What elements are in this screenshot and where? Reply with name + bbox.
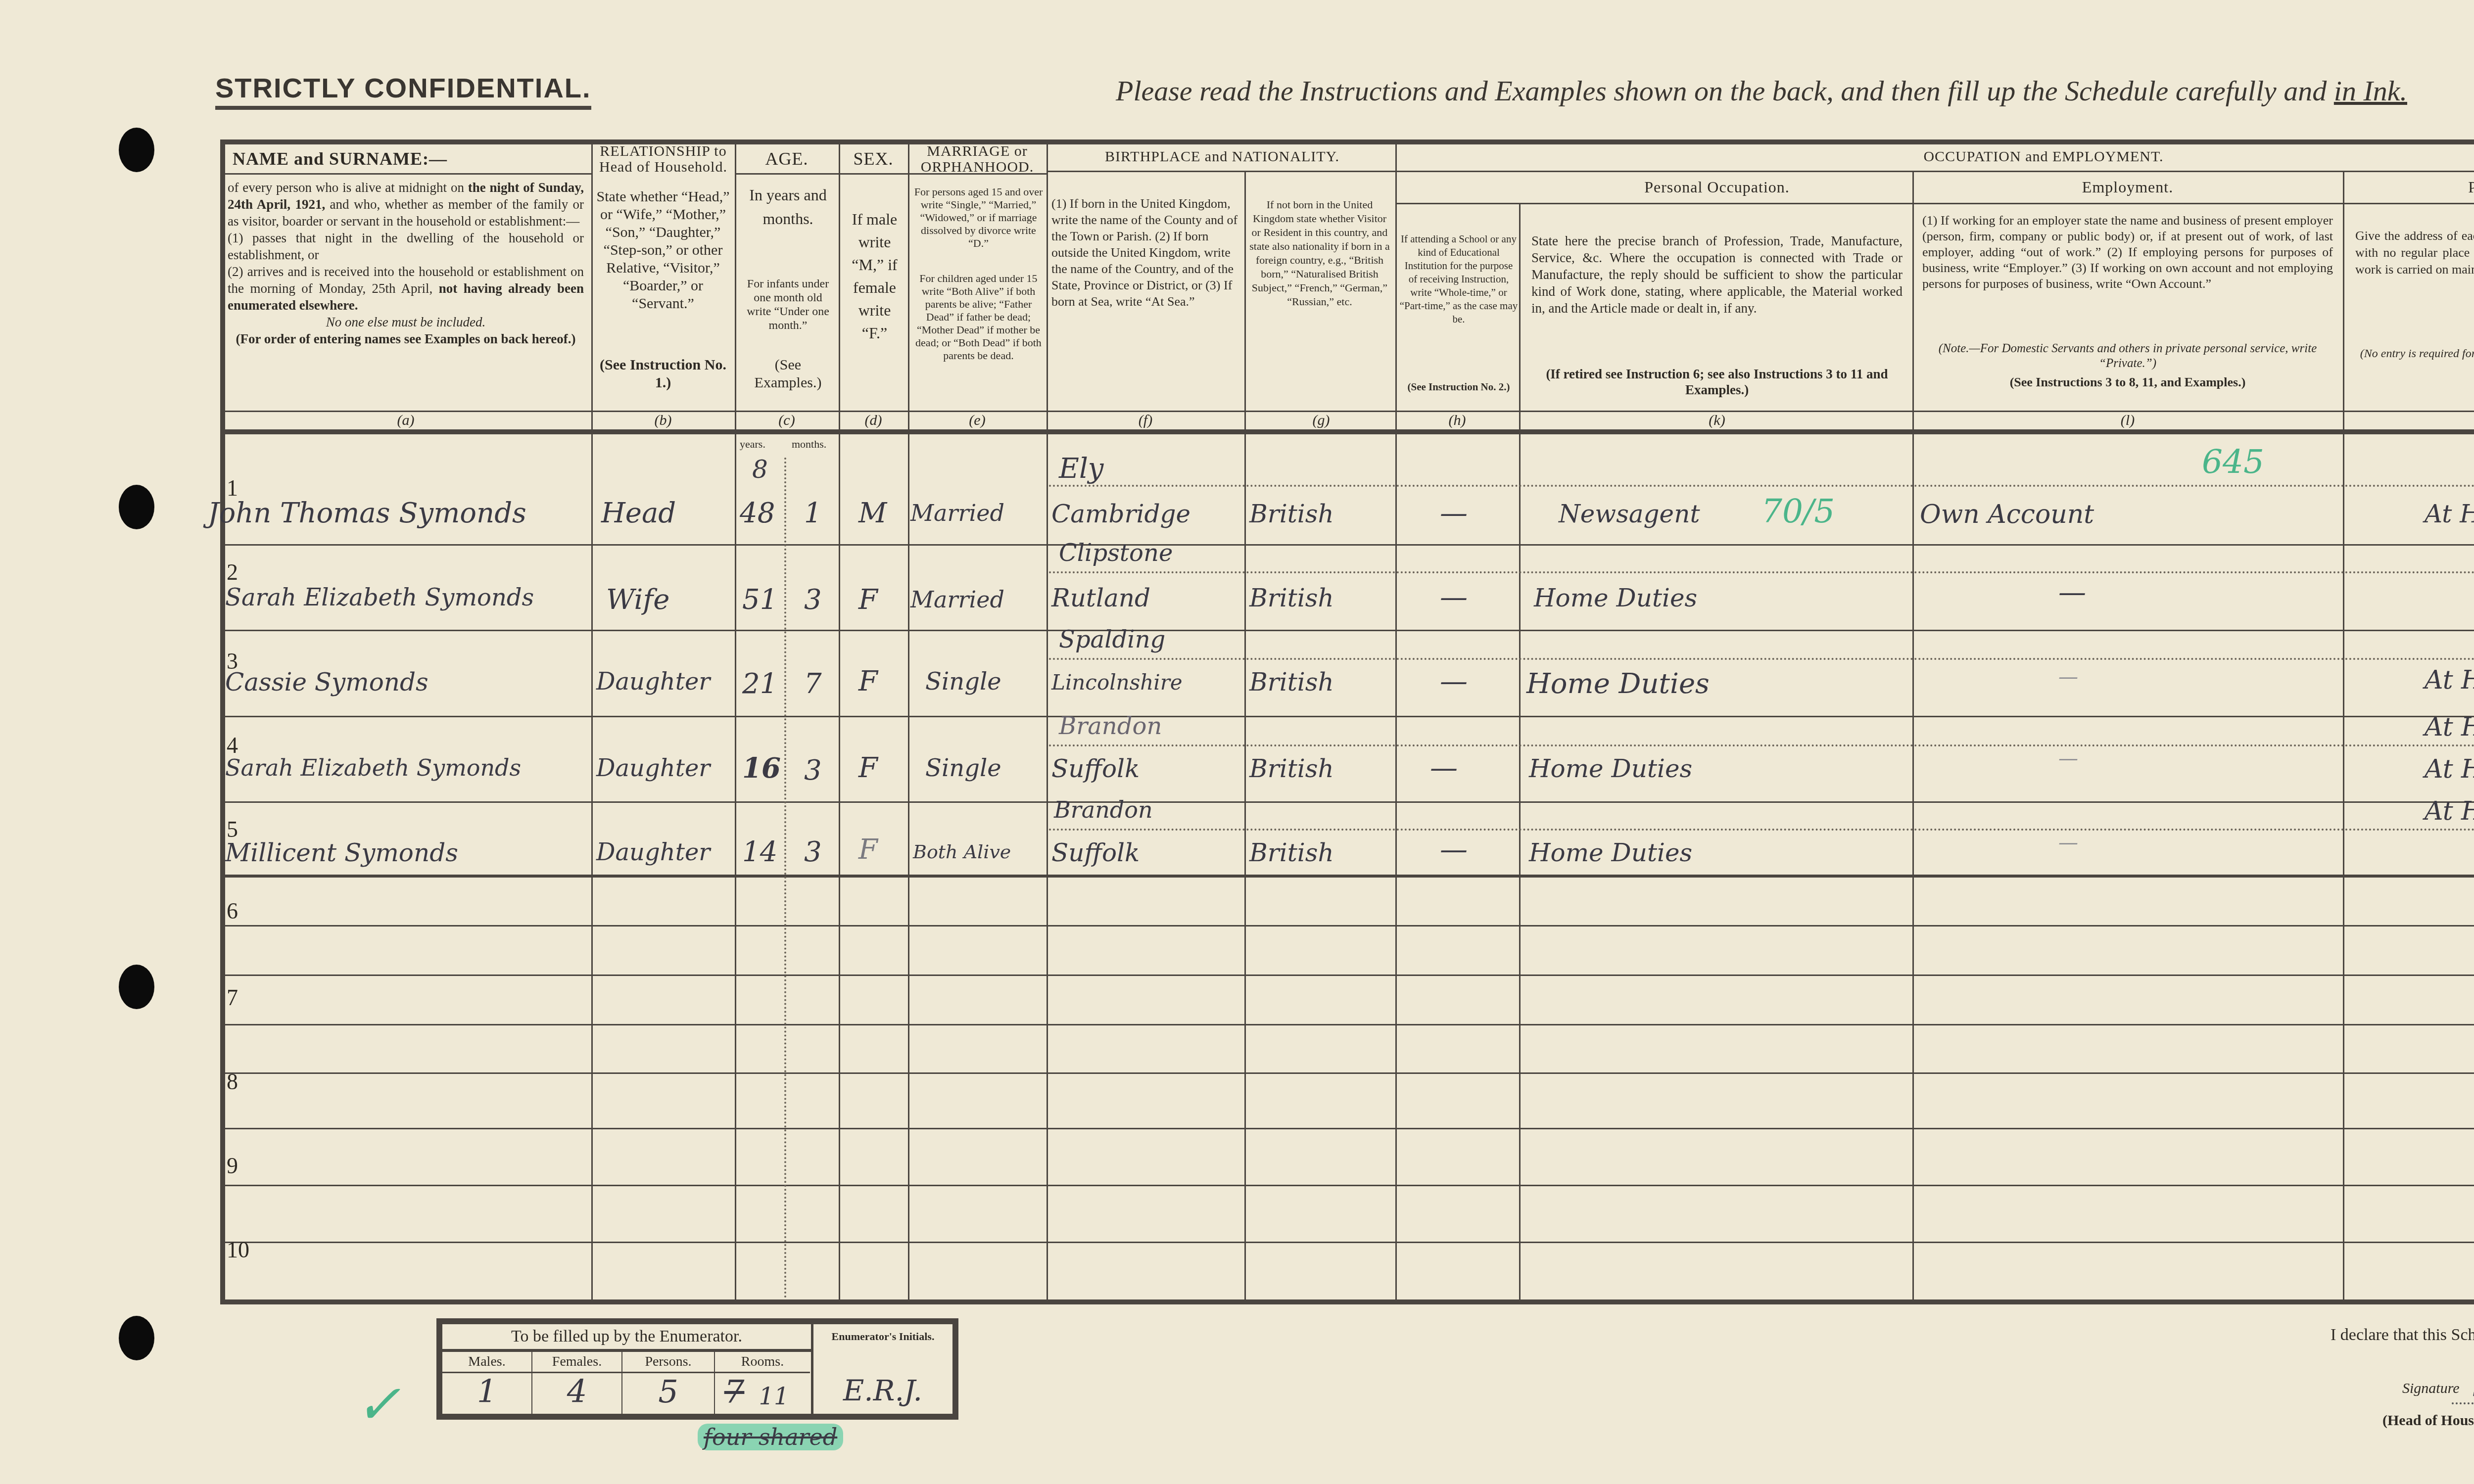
col-letter-c: (c)	[772, 412, 802, 429]
place-of-work-field[interactable]: At Home	[2425, 500, 2474, 528]
birth-town-field[interactable]: Spalding	[1059, 626, 1165, 653]
dotted-guide	[1049, 571, 2474, 573]
occupation-field[interactable]: Newsagent	[1559, 500, 1700, 528]
nationality-field[interactable]: British	[1249, 500, 1334, 528]
col-d-instructions: If male write “M,” if female write “F.”	[844, 208, 905, 344]
row-divider	[225, 544, 2474, 546]
col-letter-a: (a)	[391, 412, 421, 429]
page-title: STRICTLY CONFIDENTIAL.	[215, 72, 591, 110]
top-instruction-emphasis: in Ink.	[2334, 75, 2407, 107]
col-a-text: (1) passes that night in the dwelling of…	[228, 231, 584, 262]
age-years-field[interactable]: 51	[742, 584, 777, 616]
col-m-instructions: Give the address of each person’s place …	[2355, 228, 2474, 278]
name-field[interactable]: Sarah Elizabeth Symonds	[225, 584, 534, 611]
relationship-field[interactable]: Wife	[606, 584, 669, 616]
divider	[1395, 171, 2474, 172]
col-divider	[2343, 171, 2344, 1303]
row-divider	[225, 974, 2474, 976]
enumerator-initials-label: Enumerator's Initials.	[813, 1324, 952, 1349]
col-letter-f: (f)	[1131, 412, 1160, 429]
birthplace-title: BIRTHPLACE and NATIONALITY.	[1049, 148, 1395, 165]
females-field[interactable]: 4	[532, 1374, 621, 1410]
employment-field[interactable]: Own Account	[1920, 500, 2094, 529]
school-field[interactable]: —	[1440, 581, 1468, 613]
age-months-field[interactable]: 3	[804, 836, 822, 868]
col-divider	[908, 139, 909, 1304]
col-divider	[1912, 171, 1914, 1303]
age-months-field[interactable]: 3	[804, 754, 822, 787]
age-months-label: months.	[792, 438, 826, 451]
sex-field[interactable]: F	[858, 752, 878, 784]
col-k-note: (If retired see Instruction 6; see also …	[1531, 366, 1903, 398]
row-number: 8	[227, 1068, 238, 1095]
place-of-work-field[interactable]: At Home	[2425, 665, 2474, 695]
col-divider	[839, 139, 840, 1304]
col-divider	[1395, 139, 1397, 1304]
enumerator-summary-box: To be filled up by the Enumerator. Enume…	[436, 1318, 958, 1420]
row-divider	[225, 875, 2474, 878]
place-of-work-field[interactable]: At Home	[2425, 754, 2474, 784]
col-c-title: AGE.	[737, 148, 836, 169]
place-of-work-field[interactable]: At Home	[2425, 796, 2474, 826]
row-number: 2	[227, 559, 238, 585]
employment-code: 645	[2202, 443, 2264, 481]
sex-field[interactable]: M	[858, 497, 887, 529]
col-divider	[1047, 139, 1048, 1304]
col-divider	[735, 139, 736, 1304]
col-e-title: MARRIAGE or ORPHANHOOD.	[910, 143, 1044, 175]
col-l-note: (See Instructions 3 to 8, 11, and Exampl…	[1922, 373, 2333, 391]
birth-town-field[interactable]: Brandon	[1059, 712, 1162, 740]
birth-county-field[interactable]: Lincolnshire	[1051, 670, 1183, 695]
name-field[interactable]: Sarah Elizabeth Symonds	[225, 754, 521, 781]
col-a-text: of every person who is alive at midnight…	[228, 180, 464, 195]
col-b-instructions: State whether “Head,” or “Wife,” “Mother…	[596, 188, 730, 313]
sex-field[interactable]: F	[858, 665, 878, 697]
name-field[interactable]: John Thomas Symonds	[208, 497, 526, 529]
col-c-instructions: In years and months.	[742, 183, 834, 231]
col-letter-l: (l)	[2113, 412, 2142, 429]
top-instruction: Please read the Instructions and Example…	[1116, 74, 2407, 107]
col-k-instructions: State here the precise branch of Profess…	[1531, 232, 1903, 317]
birth-town-field[interactable]: Clipstone	[1059, 539, 1173, 567]
employment-field[interactable]: —	[2058, 665, 2078, 688]
marriage-field[interactable]: Married	[910, 500, 1004, 526]
name-field[interactable]: Cassie Symonds	[225, 668, 428, 696]
sex-field[interactable]: F	[858, 584, 878, 616]
col-m-note: (No entry is required for any person who…	[2355, 346, 2474, 361]
rooms-note: four shared	[698, 1424, 843, 1450]
females-label: Females.	[532, 1352, 621, 1373]
row-divider	[225, 1185, 2474, 1186]
punch-hole	[119, 965, 154, 1009]
age-correction: 8	[752, 455, 768, 484]
row-number: 10	[227, 1237, 249, 1263]
school-field[interactable]: —	[1440, 665, 1468, 697]
punch-hole	[119, 1316, 154, 1360]
col-a-title: NAME and SURNAME:—	[233, 148, 480, 169]
birth-county-field[interactable]: Suffolk	[1051, 754, 1140, 783]
dotted-guide	[1049, 744, 2474, 746]
col-d-title: SEX.	[841, 148, 905, 169]
col-a-instructions: of every person who is alive at midnight…	[228, 179, 584, 347]
employment-field[interactable]: —	[2058, 831, 2078, 854]
age-months-field[interactable]: 1	[804, 497, 822, 529]
relationship-field[interactable]: Daughter	[596, 838, 710, 866]
birth-town-field[interactable]: Brandon	[1054, 796, 1153, 823]
header-bottom-rule	[225, 429, 2474, 434]
marriage-field[interactable]: Single	[925, 668, 1001, 696]
col-a-text: No one else must be included.	[228, 314, 584, 330]
col-f-instructions: (1) If born in the United Kingdom, write…	[1051, 195, 1242, 310]
divider	[1395, 203, 2474, 204]
occupation-field[interactable]: Home Duties	[1529, 838, 1692, 867]
school-field[interactable]: —	[1430, 752, 1458, 784]
occupation-field[interactable]: Home Duties	[1526, 668, 1710, 700]
signature-label: Signature	[2402, 1380, 2460, 1397]
nationality-field[interactable]: British	[1249, 838, 1334, 867]
marriage-field[interactable]: Single	[925, 754, 1001, 782]
row-divider	[225, 1024, 2474, 1025]
col-h-note: (See Instruction No. 2.)	[1399, 381, 1518, 393]
age-years-field[interactable]: 14	[742, 836, 777, 868]
col-c-note: For infants under one month old write “U…	[742, 277, 834, 332]
col-c-note: (See Examples.)	[742, 356, 834, 392]
males-label: Males.	[442, 1352, 531, 1373]
col-k-title: Personal Occupation.	[1522, 178, 1912, 196]
name-field[interactable]: Millicent Symonds	[225, 838, 458, 867]
col-h-instructions: If attending a School or any kind of Edu…	[1399, 232, 1518, 326]
marriage-field[interactable]: Married	[910, 586, 1004, 613]
rooms-field[interactable]: 11	[749, 1383, 799, 1410]
green-tick-icon: ✓	[355, 1373, 401, 1436]
dotted-guide	[1049, 658, 2474, 660]
col-letter-b: (b)	[648, 412, 678, 429]
divider	[811, 1324, 813, 1414]
row-number: 7	[227, 984, 238, 1011]
place-of-work-field[interactable]: At Home	[2425, 712, 2474, 742]
age-years-field[interactable]: 16	[742, 752, 781, 785]
col-letter-e: (e)	[962, 412, 992, 429]
col-letter-k: (k)	[1702, 412, 1732, 429]
row-divider	[225, 716, 2474, 717]
col-l-note: (Note.—For Domestic Servants and others …	[1922, 341, 2333, 371]
relationship-field[interactable]: Daughter	[596, 754, 710, 782]
col-e-instructions: For persons aged 15 and over write “Sing…	[913, 185, 1044, 250]
age-split-dots	[784, 458, 786, 1298]
col-divider	[591, 139, 593, 1304]
declaration-text: I declare that this Schedule is correctl…	[2331, 1326, 2474, 1345]
age-months-field[interactable]: 7	[804, 668, 822, 700]
divider	[225, 173, 591, 175]
occupation-title: OCCUPATION and EMPLOYMENT.	[1400, 148, 2474, 165]
males-field[interactable]: 1	[442, 1374, 531, 1410]
punch-hole	[119, 128, 154, 172]
relationship-field[interactable]: Head	[601, 497, 676, 529]
row-divider	[225, 1128, 2474, 1129]
dotted-guide	[1049, 485, 2474, 487]
persons-label: Persons.	[622, 1352, 714, 1373]
age-years-label: years.	[740, 438, 765, 451]
punch-hole	[119, 485, 154, 529]
row-divider	[225, 801, 2474, 803]
rooms-label: Rooms.	[715, 1352, 810, 1373]
birth-town-field[interactable]: Ely	[1059, 453, 1103, 485]
age-months-field[interactable]: 3	[804, 584, 822, 616]
employment-field[interactable]: —	[2058, 576, 2086, 608]
row-number: 9	[227, 1153, 238, 1179]
col-b-note: (See Instruction No. 1.)	[596, 356, 730, 392]
rooms-struck-value: 7	[719, 1374, 749, 1410]
nationality-field[interactable]: British	[1249, 668, 1334, 696]
col-a-text: (For order of entering names see Example…	[228, 330, 584, 347]
age-years-field[interactable]: 48	[740, 497, 775, 529]
divider	[1047, 171, 1395, 172]
age-years-field[interactable]: 21	[742, 668, 777, 700]
persons-field[interactable]: 5	[622, 1374, 714, 1410]
row-divider	[225, 925, 2474, 927]
row-divider	[225, 1072, 2474, 1074]
birth-county-field[interactable]: Rutland	[1051, 584, 1150, 612]
col-l-title: Employment.	[1915, 178, 2340, 196]
col-e-instructions: For children aged under 15 write “Both A…	[913, 272, 1044, 362]
col-divider	[1519, 203, 1521, 1303]
col-letter-d: (d)	[858, 412, 888, 429]
birth-county-field[interactable]: Cambridge	[1051, 500, 1190, 528]
employment-field[interactable]: —	[2058, 747, 2078, 770]
school-field[interactable]: —	[1440, 497, 1468, 529]
row-divider	[225, 1242, 2474, 1243]
col-b-title: RELATIONSHIP to Head of Household.	[593, 143, 734, 175]
col-l-instructions: (1) If working for an employer state the…	[1922, 213, 2333, 292]
school-field[interactable]: —	[1440, 834, 1468, 866]
row-divider	[225, 630, 2474, 631]
col-divider	[1244, 171, 1246, 1303]
top-instruction-text: Please read the Instructions and Example…	[1116, 75, 2334, 107]
nationality-field[interactable]: British	[1249, 754, 1334, 783]
divider	[714, 1352, 715, 1414]
nationality-field[interactable]: British	[1249, 584, 1334, 612]
occupation-field[interactable]: Home Duties	[1534, 584, 1697, 612]
col-m-title: Place of Work.	[2345, 178, 2474, 196]
occupation-code: 70/5	[1761, 492, 1835, 530]
dotted-guide	[1049, 829, 2474, 831]
relationship-field[interactable]: Daughter	[596, 668, 710, 696]
col-letter-h: (h)	[1442, 412, 1472, 429]
enumerator-box-heading: To be filled up by the Enumerator.	[442, 1324, 811, 1352]
birth-county-field[interactable]: Suffolk	[1051, 838, 1140, 867]
occupation-field[interactable]: Home Duties	[1529, 754, 1692, 783]
signature-line	[2452, 1402, 2474, 1404]
col-letter-g: (g)	[1306, 412, 1336, 429]
signature-note: (Head of Household, Manager of Establish…	[2382, 1412, 2474, 1429]
row-number: 6	[227, 898, 238, 924]
enumerator-initials-field[interactable]: E.R.J.	[818, 1374, 947, 1407]
sex-field[interactable]: F	[858, 834, 878, 866]
col-g-instructions: If not born in the United Kingdom state …	[1248, 198, 1391, 309]
marriage-field[interactable]: Both Alive	[913, 841, 1011, 863]
